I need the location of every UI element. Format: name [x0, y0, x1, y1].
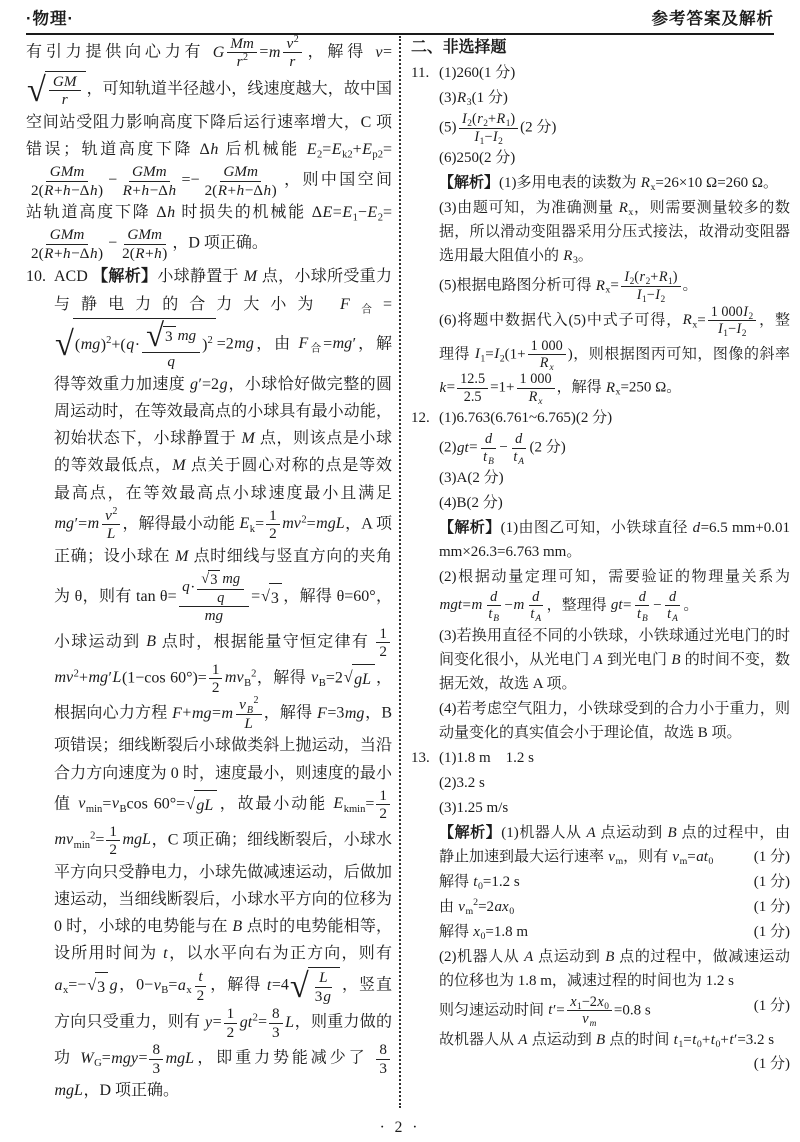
text-block: 有引力提供向心力有 GMmr2=mv2r，解得 v=√GMr，可知轨道半径越小，… [26, 35, 392, 262]
question-block: 11.(1)260(1 分) [411, 61, 790, 85]
question-number: 12. [411, 406, 439, 430]
square-root: √3 [87, 972, 108, 1001]
text-block: (4)B(2 分) [411, 491, 790, 515]
question-number: 11. [411, 61, 439, 85]
text-block: (3)若换用直径不同的小铁球，小铁球通过光电门的时间变化很小，从光电门 A 到光… [411, 624, 790, 696]
fraction: 12 [376, 625, 390, 661]
fraction: GMm2(R+h−Δh) [202, 163, 280, 199]
score-label: (1 分) [754, 994, 790, 1018]
fraction: 83 [149, 1041, 163, 1077]
fraction: 1 000Rx [528, 338, 566, 372]
score-label: (1 分) [754, 895, 790, 919]
fraction: q·√3mgqmg [179, 570, 249, 625]
question-block: 13.(1)1.8 m 1.2 s [411, 746, 790, 770]
text-block: (3)A(2 分) [411, 466, 790, 490]
answer-sheet-page: ·物理· 参考答案及解析 有引力提供向心力有 GMmr2=mv2r，解得 v=√… [0, 0, 800, 1142]
section-heading: 二、非选择题 [411, 35, 790, 60]
score-label: (1 分) [754, 1052, 790, 1076]
fraction: GMr [49, 73, 81, 109]
fraction: 12 [224, 1005, 238, 1041]
fraction: 12 [106, 823, 120, 859]
text-block: (2)gt=dtB−dtA(2 分) [411, 431, 790, 465]
fraction: L3g [312, 969, 335, 1005]
text-block: (2)机器人从 A 点运动到 B 点的过程中，做减速运动的位移也为 1.8 m，… [411, 945, 790, 993]
fraction: √3mgq [142, 320, 200, 371]
square-root: √GMr [27, 71, 86, 109]
fraction: vB2L [236, 696, 262, 732]
fraction: dtA [664, 589, 682, 623]
text-block: (6)将题中数据代入(5)中式子可得，Rx=1 000I2I1−I2，整理得 I… [411, 304, 790, 405]
fraction: dtB [633, 589, 651, 623]
text-block: (4)若考虑空气阻力，小铁球受到的合力小于重力，则动量变化的真实值会小于理论值，… [411, 697, 790, 745]
page-header: ·物理· 参考答案及解析 [26, 5, 774, 35]
text-block: 则匀速运动时间 t′=x1−2x0vm=0.8 s(1 分) [411, 994, 790, 1028]
text-block: (5)根据电路图分析可得 Rx=I2(r2+R1)I1−I2。 [411, 269, 790, 303]
text-block: 【解析】(1)机器人从 A 点运动到 B 点的过程中，由静止加速到最大运行速率 … [411, 821, 790, 869]
text-block: (5)I2(r2+R1)I1−I2(2 分) [411, 111, 790, 145]
text-block: 【解析】(1)由图乙可知，小铁球直径 d=6.5 mm+0.01 mm×26.3… [411, 516, 790, 564]
fraction: 1 000I2I1−I2 [708, 304, 757, 338]
square-root: √(mg)2+(q·√3mgq)2 [55, 318, 216, 371]
square-root: √3 [201, 570, 220, 589]
text-block: 解得 t0=1.2 s(1 分) [411, 870, 790, 894]
fraction: 83 [376, 1041, 390, 1077]
radical-icon: √ [27, 73, 46, 107]
fraction: √3mgq [197, 570, 244, 606]
fraction: 12 [209, 661, 223, 697]
fraction: dtB [480, 431, 498, 465]
page-number: · 2 · [0, 1119, 800, 1137]
fraction: I2(r2+R1)I1−I2 [621, 269, 681, 303]
text-block: (2)3.2 s [411, 771, 790, 795]
fraction: 1 000Rx [517, 371, 555, 405]
score-label: (1 分) [754, 870, 790, 894]
right-column: 二、非选择题11.(1)260(1 分)(3)R3(1 分)(5)I2(r2+R… [401, 34, 790, 1110]
text-block: (3)R3(1 分) [411, 86, 790, 110]
question-number: 13. [411, 746, 439, 770]
fraction: dtA [510, 431, 528, 465]
radical-icon: √ [290, 969, 309, 1003]
fraction: 12.52.5 [457, 371, 488, 405]
fraction: 83 [269, 1005, 283, 1041]
question-block: 10.ACD 【解析】小球静置于 M 点，小球所受重力与静电力的合力大小为 F合… [26, 263, 392, 1104]
text-block: 解得 x0=1.8 m(1 分) [411, 920, 790, 944]
left-column: 有引力提供向心力有 GMmr2=mv2r，解得 v=√GMr，可知轨道半径越小，… [26, 34, 399, 1110]
fraction: 12 [266, 507, 280, 543]
fraction: dtB [485, 589, 503, 623]
header-subject: ·物理· [26, 5, 74, 29]
score-label: (1 分) [754, 845, 790, 869]
radical-icon: √ [146, 320, 164, 353]
fraction: v2L [102, 507, 121, 543]
question-block: 12.(1)6.763(6.761~6.765)(2 分) [411, 406, 790, 430]
text-block: 【解析】(1)多用电表的读数为 Rx=26×10 Ω=260 Ω。 [411, 171, 790, 195]
text-block: (6)250(2 分) [411, 146, 790, 170]
square-root: √gL [344, 664, 375, 693]
fraction: I2(r2+R1)I1−I2 [459, 111, 519, 145]
square-root: √gL [186, 790, 217, 819]
text-block: (3)由题可知，为准确测量 Rx，则需要测量较多的数据，所以滑动变阻器采用分压式… [411, 196, 790, 268]
fraction: dtA [527, 589, 545, 623]
fraction: v2r [283, 35, 302, 71]
fraction: GMm2(R+h−Δh) [28, 226, 106, 262]
text-block: 由 vm2=2ax0(1 分) [411, 895, 790, 919]
text-block: (3)1.25 m/s [411, 796, 790, 820]
content-columns: 有引力提供向心力有 GMmr2=mv2r，解得 v=√GMr，可知轨道半径越小，… [26, 34, 790, 1110]
fraction: GMmR+h−Δh [119, 163, 179, 199]
radical-icon: √ [55, 327, 74, 361]
square-root: √3 [261, 583, 282, 612]
header-title: 参考答案及解析 [652, 5, 775, 29]
fraction: GMm2(R+h) [119, 226, 170, 262]
fraction: t2 [194, 968, 208, 1004]
square-root: √L3g [290, 967, 340, 1005]
text-block: 故机器人从 A 点运动到 B 点的时间 t1=t0+t0+t′=3.2 s(1 … [411, 1028, 790, 1052]
fraction: GMm2(R+h−Δh) [28, 163, 106, 199]
fraction: x1−2x0vm [567, 994, 612, 1028]
score-label: (1 分) [754, 920, 790, 944]
question-number: 10. [26, 263, 54, 290]
text-block: (2)根据动量定理可知，需要验证的物理量关系为 mgt=mdtB−mdtA，整理… [411, 565, 790, 623]
fraction: 12 [376, 787, 390, 823]
fraction: Mmr2 [227, 35, 258, 71]
square-root: √3 [146, 320, 176, 353]
